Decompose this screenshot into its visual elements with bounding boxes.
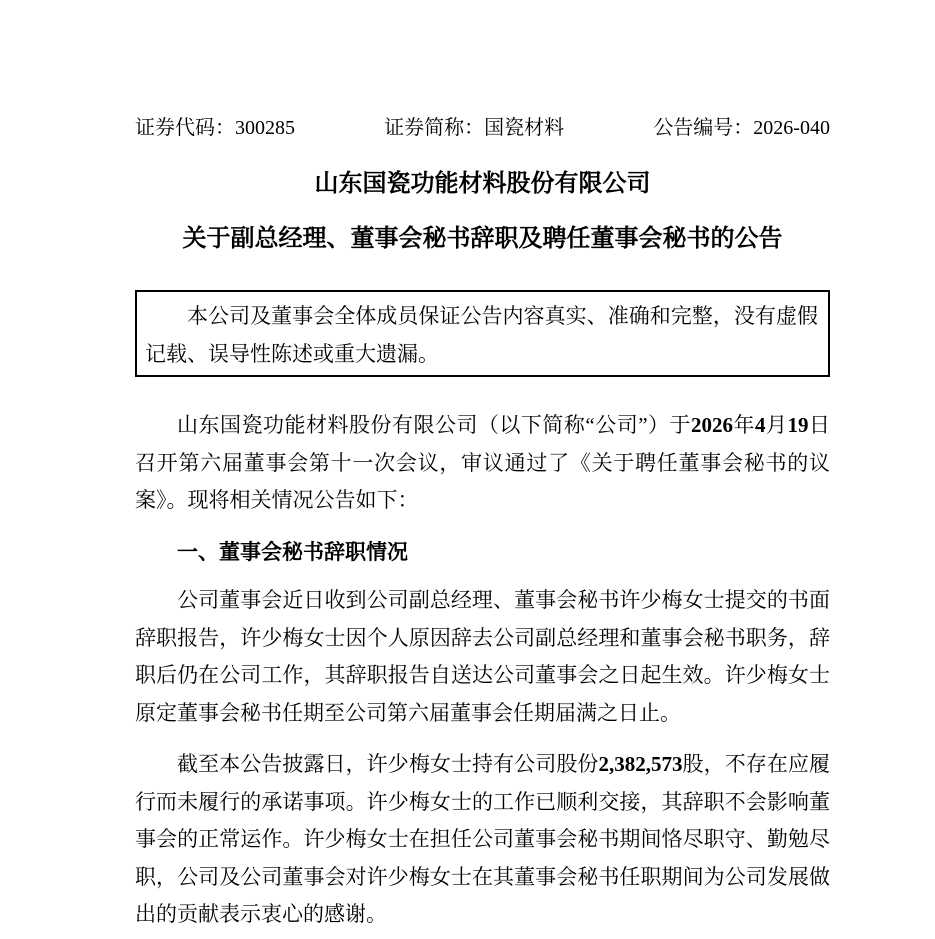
resignation-paragraph: 公司董事会近日收到公司副总经理、董事会秘书许少梅女士提交的书面辞职报告，许少梅女…	[135, 582, 830, 732]
shares-text-after: 股，不存在应履行而未履行的承诺事项。许少梅女士的工作已顺利交接，其辞职不会影响董…	[135, 752, 830, 926]
intro-text-before-year: 山东国瓷功能材料股份有限公司（以下简称“公司”）于	[177, 413, 691, 437]
disclaimer-box: 本公司及董事会全体成员保证公告内容真实、准确和完整，没有虚假记载、误导性陈述或重…	[135, 290, 830, 377]
section-heading-resignation: 一、董事会秘书辞职情况	[135, 534, 830, 572]
share-count: 2,382,573	[598, 752, 682, 776]
intro-year-unit: 年	[733, 413, 755, 437]
announcement-number: 公告编号：2026-040	[653, 117, 830, 140]
shareholding-paragraph: 截至本公告披露日，许少梅女士持有公司股份2,382,573股，不存在应履行而未履…	[135, 746, 830, 934]
meeting-month: 4	[755, 413, 766, 437]
stock-abbreviation: 证券简称：国瓷材料	[384, 117, 564, 140]
disclaimer-text: 本公司及董事会全体成员保证公告内容真实、准确和完整，没有虚假记载、误导性陈述或重…	[145, 297, 818, 373]
announcement-document: 证券代码：300285 证券简称：国瓷材料 公告编号：2026-040 山东国瓷…	[0, 0, 935, 939]
meeting-year: 2026	[691, 413, 733, 437]
intro-paragraph: 山东国瓷功能材料股份有限公司（以下简称“公司”）于2026年4月19日召开第六届…	[135, 407, 830, 520]
announcement-title: 关于副总经理、董事会秘书辞职及聘任董事会秘书的公告	[135, 225, 830, 253]
intro-month-unit: 月	[766, 413, 788, 437]
document-content: 证券代码：300285 证券简称：国瓷材料 公告编号：2026-040 山东国瓷…	[0, 0, 935, 934]
meeting-day: 19	[788, 413, 809, 437]
company-name-title: 山东国瓷功能材料股份有限公司	[135, 170, 830, 198]
stock-code: 证券代码：300285	[135, 117, 295, 140]
shares-text-before: 截至本公告披露日，许少梅女士持有公司股份	[177, 752, 598, 776]
document-header: 证券代码：300285 证券简称：国瓷材料 公告编号：2026-040	[135, 117, 830, 140]
